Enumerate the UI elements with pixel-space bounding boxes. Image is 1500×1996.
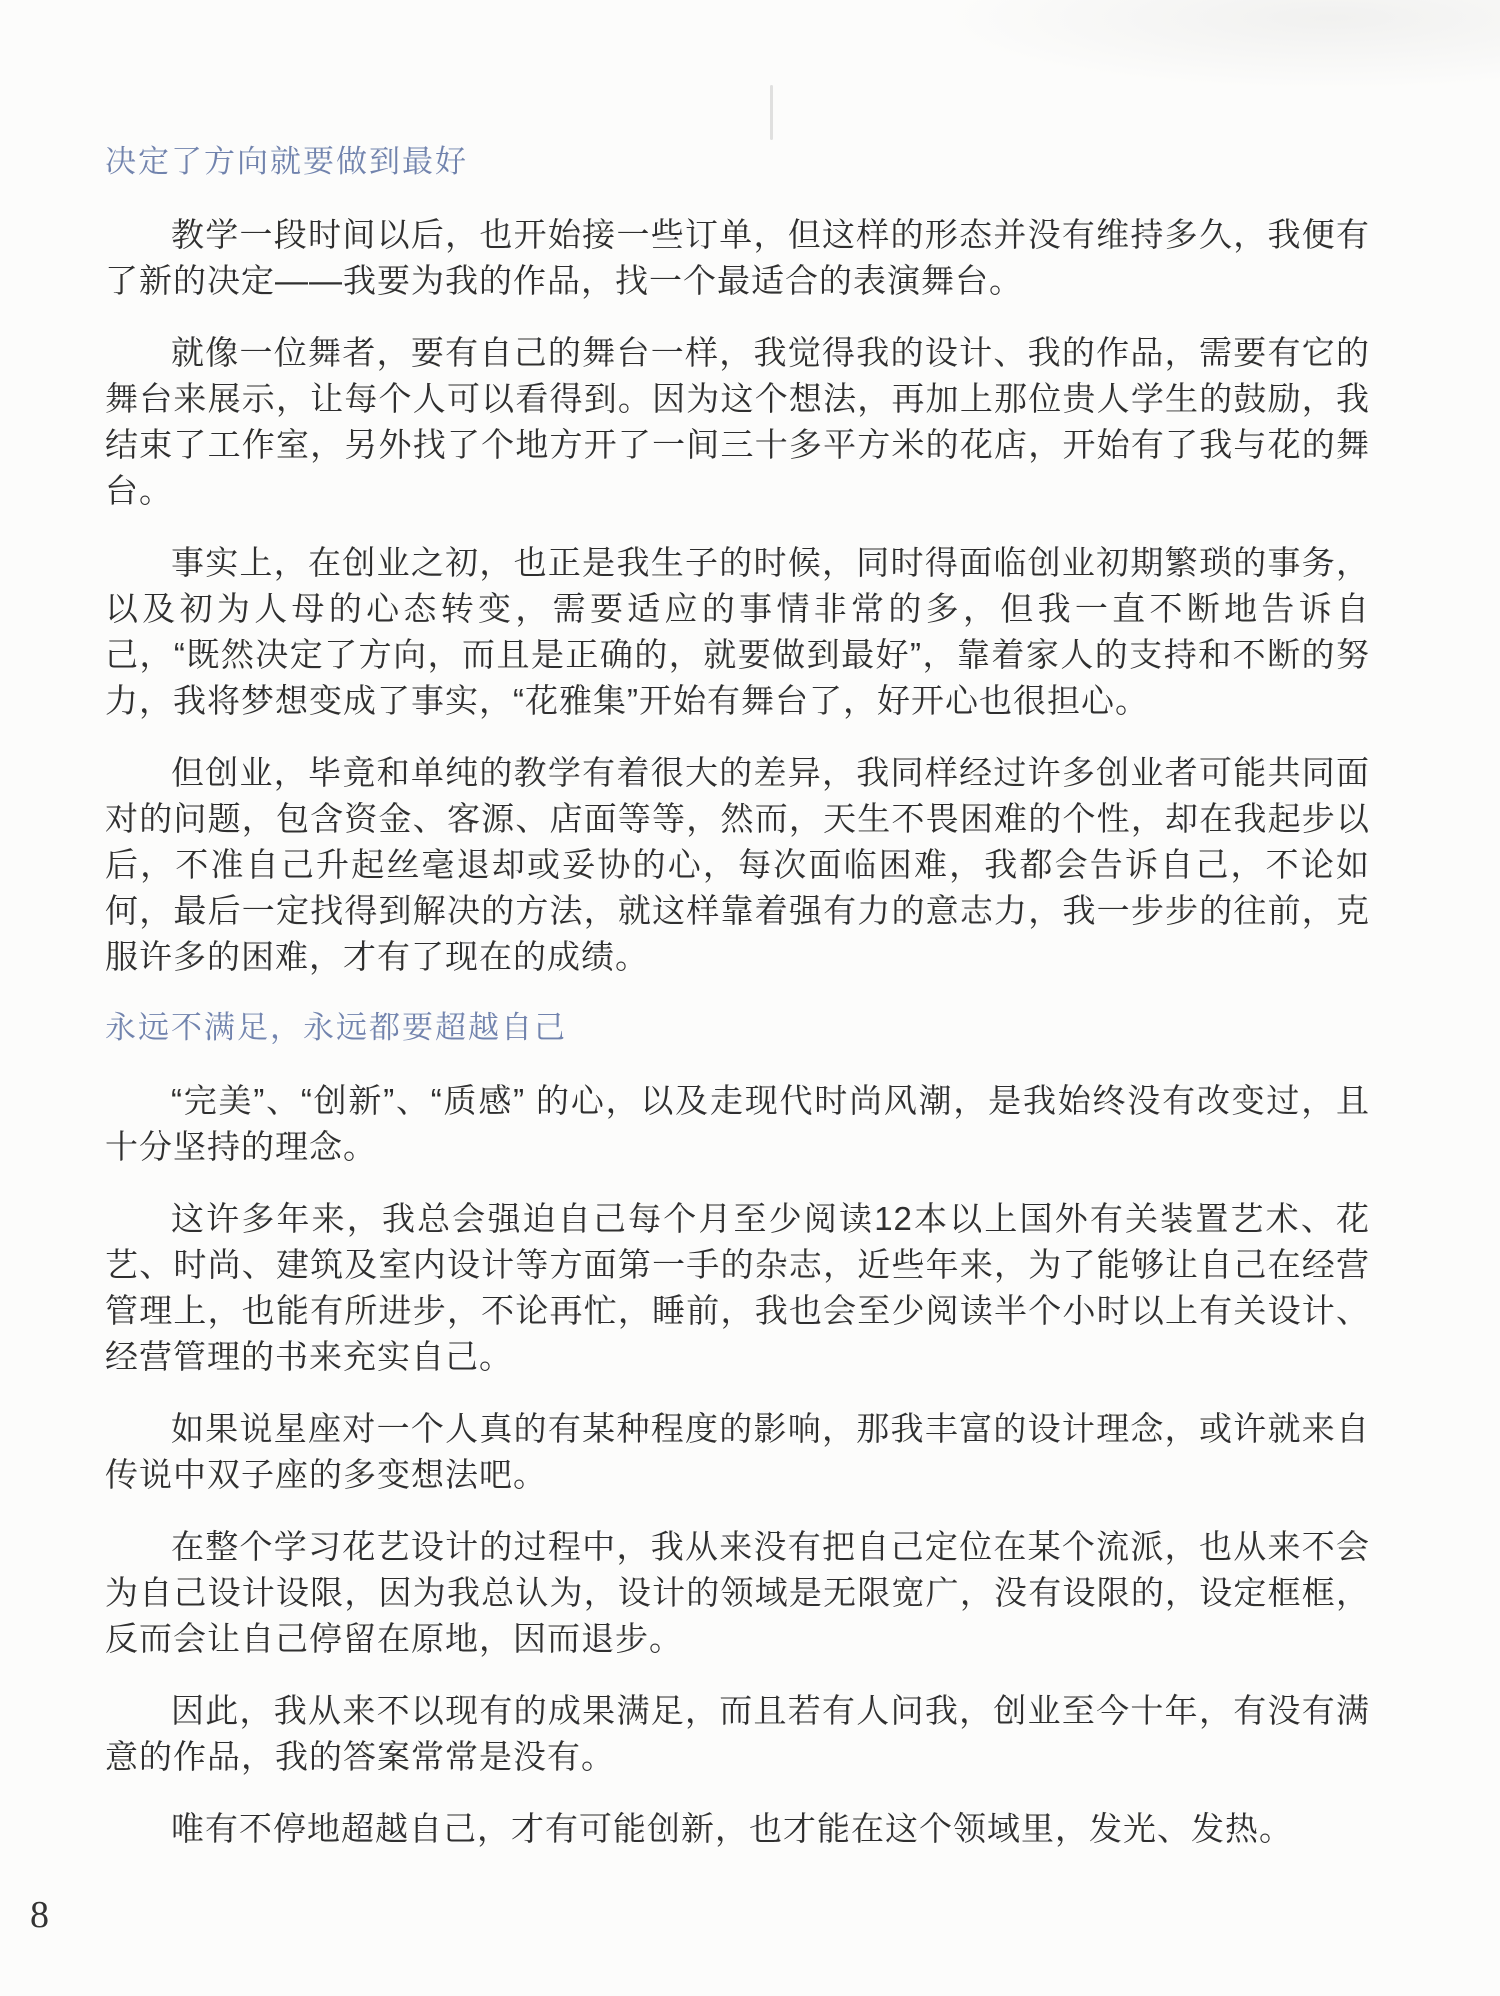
section-never-satisfied: 永远不满足，永远都要超越自己 “完美”、“创新”、“质感” 的心，以及走现代时尚… <box>105 1006 1370 1852</box>
paragraph: “完美”、“创新”、“质感” 的心，以及走现代时尚风潮，是我始终没有改变过，且十… <box>105 1078 1370 1170</box>
book-page: 决定了方向就要做到最好 教学一段时间以后，也开始接一些订单，但这样的形态并没有维… <box>0 0 1500 1996</box>
section-direction: 决定了方向就要做到最好 教学一段时间以后，也开始接一些订单，但这样的形态并没有维… <box>105 140 1370 980</box>
scan-artifact-mark <box>770 85 773 140</box>
paragraph: 就像一位舞者，要有自己的舞台一样，我觉得我的设计、我的作品，需要有它的舞台来展示… <box>105 330 1370 514</box>
paragraph: 在整个学习花艺设计的过程中，我从来没有把自己定位在某个流派，也从来不会为自己设计… <box>105 1524 1370 1662</box>
section-heading: 永远不满足，永远都要超越自己 <box>105 1006 1370 1050</box>
paragraph: 但创业，毕竟和单纯的教学有着很大的差异，我同样经过许多创业者可能共同面对的问题，… <box>105 750 1370 980</box>
section-heading: 决定了方向就要做到最好 <box>105 140 1370 184</box>
paragraph: 因此，我从来不以现有的成果满足，而且若有人问我，创业至今十年，有没有满意的作品，… <box>105 1688 1370 1780</box>
page-number: 8 <box>30 1893 49 1937</box>
paragraph: 事实上，在创业之初，也正是我生子的时候，同时得面临创业初期繁琐的事务，以及初为人… <box>105 540 1370 724</box>
paragraph: 这许多年来，我总会强迫自己每个月至少阅读12本以上国外有关装置艺术、花艺、时尚、… <box>105 1196 1370 1380</box>
paragraph: 唯有不停地超越自己，才有可能创新，也才能在这个领域里，发光、发热。 <box>105 1806 1370 1852</box>
page-content: 决定了方向就要做到最好 教学一段时间以后，也开始接一些订单，但这样的形态并没有维… <box>105 140 1370 1878</box>
paragraph: 教学一段时间以后，也开始接一些订单，但这样的形态并没有维持多久，我便有了新的决定… <box>105 212 1370 304</box>
scan-smudge <box>940 0 1500 90</box>
paragraph: 如果说星座对一个人真的有某种程度的影响，那我丰富的设计理念，或许就来自传说中双子… <box>105 1406 1370 1498</box>
